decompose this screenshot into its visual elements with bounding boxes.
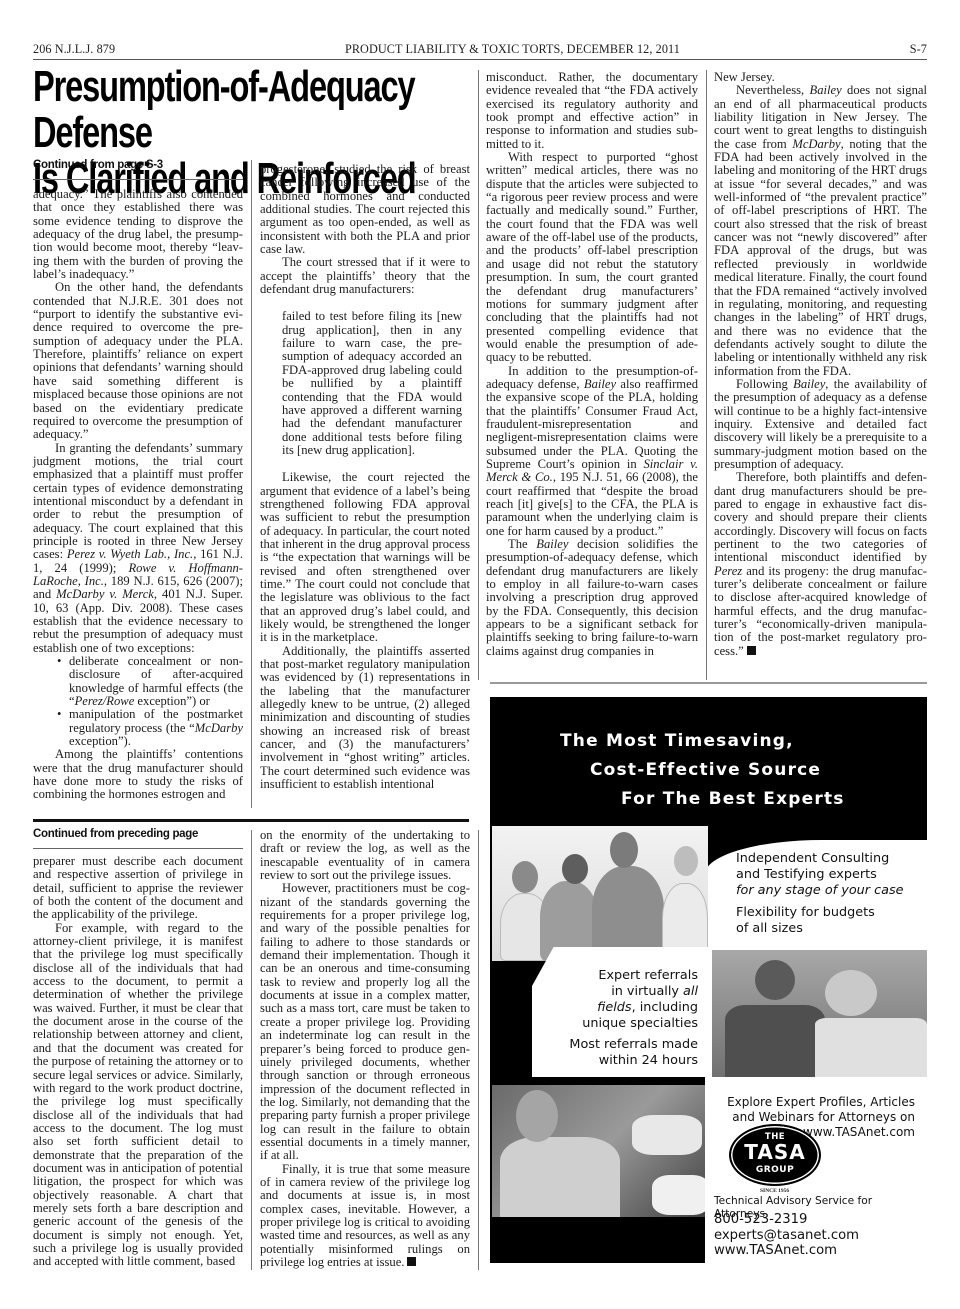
case-name: McDarby v. Merck <box>56 587 154 601</box>
continued-from-kicker: Continued from page S-3 <box>33 159 243 180</box>
column-rule <box>251 160 252 808</box>
article-column-4: New Jersey. Nevertheless, Bailey does no… <box>714 71 927 658</box>
column-rule <box>478 70 479 680</box>
exceptions-list: deliberate concealment or non-disclosure… <box>59 655 243 748</box>
section-divider <box>33 819 469 822</box>
block-quote: failed to test before filing its [new dr… <box>282 310 462 457</box>
paragraph: In addition to the presumption-of-adequa… <box>486 365 698 538</box>
paragraph: Likewise, the court rejected the argumen… <box>260 471 470 644</box>
page-number: S-7 <box>910 42 927 57</box>
paragraph: Additionally, the plaintiffs asserted th… <box>260 645 470 792</box>
paragraph: Finally, it is true that some measure of… <box>260 1163 470 1270</box>
running-head: 206 N.J.L.J. 879 PRODUCT LIABILITY & TOX… <box>33 44 927 60</box>
paragraph: adequacy.” The plaintiffs also contended… <box>33 188 243 281</box>
citation: 206 N.J.L.J. 879 <box>33 42 115 57</box>
bottom-article-column-1: preparer must describe each document and… <box>33 855 243 1269</box>
email-link[interactable]: experts@tasanet.com <box>714 1228 926 1244</box>
paragraph: Among the plaintiffs’ contentions were t… <box>33 748 243 801</box>
phone-number[interactable]: 800-523-2319 <box>714 1212 926 1228</box>
bottom-article-column-2: on the enormity of the undertaking to dr… <box>260 829 470 1269</box>
paragraph: preparer must describe each document and… <box>33 855 243 922</box>
ad-referrals-text: Expert referrals in virtually all fields… <box>542 968 698 1069</box>
logo-since: SINCE 1956 <box>760 1188 789 1194</box>
paragraph: The court stressed that if it were to ac… <box>260 256 470 296</box>
list-item: manipulation of the postmarket regulator… <box>59 708 243 748</box>
paragraph: misconduct. Rather, the documentary evid… <box>486 71 698 151</box>
headline-line-1: Presumption-of-Adequacy Defense <box>33 64 470 156</box>
paragraph: However, practitioners must be cog­nizan… <box>260 882 470 1162</box>
medical-team-photo <box>492 826 708 961</box>
paragraph: Following Bailey, the availability of th… <box>714 378 927 471</box>
tasa-advertisement[interactable]: The Most Timesaving, Cost-Effective Sour… <box>490 697 927 1263</box>
article-column-1: adequacy.” The plaintiffs also contended… <box>33 188 243 802</box>
paragraph: On the other hand, the defendants conten… <box>33 281 243 441</box>
column-rule <box>251 830 252 1270</box>
article-column-2: progesterone, studied the risk of breast… <box>260 163 470 791</box>
tasa-logo: THE TASA GROUP <box>729 1124 821 1186</box>
end-of-article-mark <box>747 646 756 655</box>
website-link[interactable]: www.TASAnet.com <box>714 1243 926 1259</box>
paragraph: New Jersey. <box>714 71 927 84</box>
paragraph: Nevertheless, Bailey does not signal an … <box>714 84 927 378</box>
paragraph: on the enormity of the undertaking to dr… <box>260 829 470 882</box>
ad-top-rule <box>490 682 927 684</box>
section-date: PRODUCT LIABILITY & TOXIC TORTS, DECEMBE… <box>345 42 680 57</box>
column-rule <box>706 70 707 680</box>
ad-consulting-text: Independent Consulting and Testifying ex… <box>736 851 926 937</box>
paragraph: With respect to purported “ghost written… <box>486 151 698 365</box>
case-name: Perez v. Wyeth Lab., Inc. <box>67 547 193 561</box>
paragraph: The Bailey decision solidifies the presu… <box>486 538 698 658</box>
construction-experts-photo <box>705 950 927 1080</box>
paragraph: In granting the defendants’ sum­mary jud… <box>33 442 243 656</box>
end-of-article-mark <box>407 1257 416 1266</box>
ad-contact: 800-523-2319 experts@tasanet.com www.TAS… <box>714 1212 926 1259</box>
paragraph: Therefore, both plaintiffs and defen­dan… <box>714 471 927 658</box>
factory-phone-photo <box>492 1085 710 1217</box>
paragraph: For example, with regard to the attorney… <box>33 922 243 1269</box>
column-rule <box>478 830 479 1270</box>
list-item: deliberate concealment or non-disclosure… <box>59 655 243 708</box>
continued-from-kicker: Continued from preceding page <box>33 828 243 849</box>
paragraph: progesterone, studied the risk of breast… <box>260 163 470 256</box>
article-column-3: misconduct. Rather, the documentary evid… <box>486 71 698 658</box>
